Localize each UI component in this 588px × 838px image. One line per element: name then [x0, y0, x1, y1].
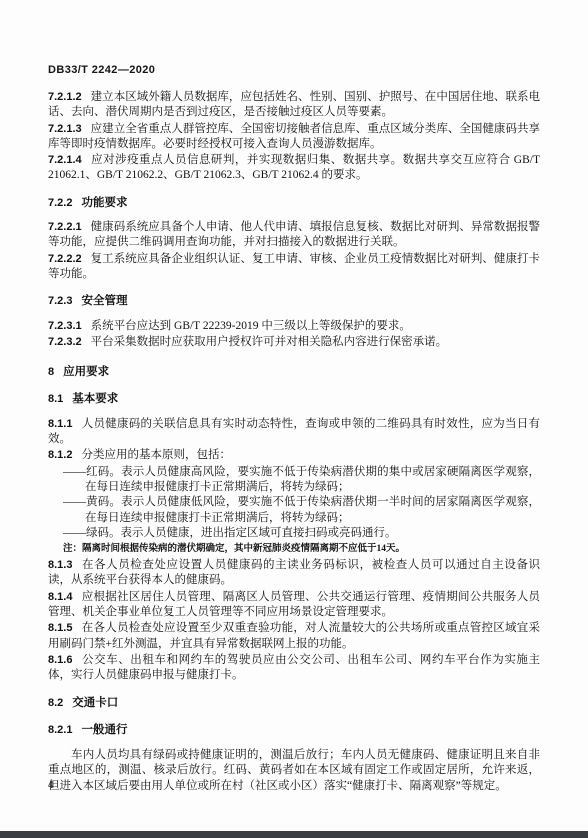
clause-813: 8.1.3在各人员检查处应设置人员健康码的主读业务码标识，被检查人员可以通过自主…: [48, 558, 540, 589]
dash-text: 绿码。表示人员健康，进出指定区域可直接扫码或亮码通行。: [86, 527, 397, 539]
heading-title: 安全管理: [81, 295, 127, 307]
clause-text: 平台采集数据时应获取用户授权许可并对相关隐私内容进行保密承诺。: [91, 336, 448, 348]
clause-816: 8.1.6公交车、出租车和网约车的驾驶员应由公交公司、出租车公司、网约车平台作为…: [48, 653, 540, 684]
clause-number: 7.2.3.2: [48, 336, 82, 348]
clause-text: 在各人员检查处应设置人员健康码的主读业务码标识，被检查人员可以通过自主设备识读，…: [48, 559, 540, 586]
clause-text: 在各人员检查处应设置至少双重查验功能，对人流量较大的公共场所或重点管控区域宜采用…: [48, 622, 540, 649]
heading-81: 8.1基本要求: [48, 392, 540, 407]
clause-7222: 7.2.2.2复工系统应具备企业组织认证、复工申请、审核、企业员工疫情数据比对研…: [48, 252, 540, 283]
heading-number: 8.2: [48, 697, 63, 709]
heading-723: 7.2.3安全管理: [48, 294, 540, 309]
clause-7232: 7.2.3.2平台采集数据时应获取用户授权许可并对相关隐私内容进行保密承诺。: [48, 335, 540, 350]
clause-text: 应对涉疫重点人员信息研判，并实现数据归集、数据共享。数据共享交互应符合 GB/T…: [48, 154, 540, 181]
clause-number: 8.1.1: [48, 418, 72, 430]
heading-title: 基本要求: [72, 393, 118, 405]
clause-number: 7.2.2.1: [48, 221, 82, 233]
dash-mark: ——: [63, 496, 86, 508]
heading-82: 8.2交通卡口: [48, 696, 540, 711]
clause-number: 7.2.2.2: [48, 253, 82, 265]
body-paragraph: 车内人员均具有绿码或持健康证明的，测温后放行；车内人员无健康码、健康证明且来自非…: [48, 748, 540, 794]
clause-number: 7.2.1.3: [48, 123, 82, 135]
clause-text: 系统平台应达到 GB/T 22239-2019 中三级以上等级保护的要求。: [91, 320, 411, 332]
clause-text: 健康码系统应具备个人申请、他人代申请、填报信息复核、数据比对研判、异常数据报警等…: [48, 221, 540, 248]
clause-812: 8.1.2分类应用的基本原则，包括：: [48, 448, 540, 463]
page-number: 4: [48, 780, 53, 791]
dash-item-yellow-code: ——黄码。表示人员健康低风险，要实施不低于传染病潜伏期一半时间的居家隔离医学观察…: [48, 495, 540, 526]
heading-number: 7.2.3: [48, 295, 72, 307]
clause-7231: 7.2.3.1系统平台应达到 GB/T 22239-2019 中三级以上等级保护…: [48, 319, 540, 334]
scan-edge-bar: [0, 831, 588, 838]
note-text: 隔离时间根据传染病的潜伏期确定，其中新冠肺炎疫情隔离期不应低于14天。: [82, 544, 405, 554]
heading-number: 7.2.2: [48, 197, 72, 209]
chapter-8: 8应用要求: [48, 365, 540, 380]
clause-815: 8.1.5在各人员检查处应设置至少双重查验功能，对人流量较大的公共场所或重点管控…: [48, 621, 540, 652]
heading-821: 8.2.1一般通行: [48, 723, 540, 738]
heading-title: 交通卡口: [72, 697, 118, 709]
clause-number: 7.2.3.1: [48, 320, 82, 332]
heading-number: 8.1: [48, 393, 63, 405]
heading-722: 7.2.2功能要求: [48, 196, 540, 211]
clause-text: 分类应用的基本原则，包括：: [81, 449, 231, 461]
clause-text: 人员健康码的关联信息具有实时动态特性，查询或申领的二维码具有时效性，应为当日有效…: [48, 418, 540, 445]
dash-text: 黄码。表示人员健康低风险，要实施不低于传染病潜伏期一半时间的居家隔离医学观察，在…: [85, 496, 540, 523]
clause-number: 8.1.2: [48, 449, 72, 461]
clause-7214: 7.2.1.4应对涉疫重点人员信息研判，并实现数据归集、数据共享。数据共享交互应…: [48, 153, 540, 184]
clause-number: 7.2.1.2: [48, 91, 82, 103]
document-page: DB33/T 2242—2020 7.2.1.2建立本区域外籍人员数据库，应包括…: [0, 0, 588, 838]
clause-text: 复工系统应具备企业组织认证、复工申请、审核、企业员工疫情数据比对研判、健康打卡等…: [48, 253, 540, 280]
heading-number: 8.2.1: [48, 724, 72, 736]
clause-811: 8.1.1人员健康码的关联信息具有实时动态特性，查询或申领的二维码具有时效性，应…: [48, 417, 540, 448]
clause-number: 7.2.1.4: [48, 154, 82, 166]
dash-item-green-code: ——绿码。表示人员健康，进出指定区域可直接扫码或亮码通行。: [48, 526, 540, 541]
dash-mark: ——: [63, 527, 86, 539]
clause-number: 8.1.3: [48, 559, 72, 571]
clause-number: 8.1.6: [48, 654, 72, 666]
note-label: 注：: [63, 543, 82, 554]
standard-number-header: DB33/T 2242—2020: [48, 64, 540, 76]
clause-text: 应根据社区居住人员管理、隔离区人员管理、公共交通运行管理、疫情期间公共服务人员管…: [48, 591, 540, 618]
heading-number: 8: [48, 366, 54, 378]
dash-text: 红码。表示人员健康高风险，要实施不低于传染病潜伏期的集中或居家硬隔离医学观察，在…: [85, 466, 540, 493]
clause-7212: 7.2.1.2建立本区域外籍人员数据库，应包括姓名、性别、国别、护照号、在中国居…: [48, 90, 540, 121]
note-line: 注：隔离时间根据传染病的潜伏期确定，其中新冠肺炎疫情隔离期不应低于14天。: [48, 542, 540, 556]
heading-title: 一般通行: [81, 724, 127, 736]
clause-number: 8.1.5: [48, 622, 72, 634]
clause-7221: 7.2.2.1健康码系统应具备个人申请、他人代申请、填报信息复核、数据比对研判、…: [48, 220, 540, 251]
clause-number: 8.1.4: [48, 591, 72, 603]
clause-text: 建立本区域外籍人员数据库，应包括姓名、性别、国别、护照号、在中国居住地、联系电话…: [48, 91, 540, 118]
clause-text: 公交车、出租车和网约车的驾驶员应由公交公司、出租车公司、网约车平台作为实施主体，…: [48, 654, 540, 681]
document-content: DB33/T 2242—2020 7.2.1.2建立本区域外籍人员数据库，应包括…: [48, 64, 540, 794]
clause-text: 应建立全省重点人群管控库、全国密切接触者信息库、重点区域分类库、全国健康码共享库…: [48, 123, 540, 150]
heading-title: 功能要求: [81, 197, 127, 209]
heading-title: 应用要求: [63, 366, 109, 378]
dash-item-red-code: ——红码。表示人员健康高风险，要实施不低于传染病潜伏期的集中或居家硬隔离医学观察…: [48, 465, 540, 496]
clause-7213: 7.2.1.3应建立全省重点人群管控库、全国密切接触者信息库、重点区域分类库、全…: [48, 122, 540, 153]
dash-mark: ——: [63, 466, 86, 478]
clause-814: 8.1.4应根据社区居住人员管理、隔离区人员管理、公共交通运行管理、疫情期间公共…: [48, 590, 540, 621]
